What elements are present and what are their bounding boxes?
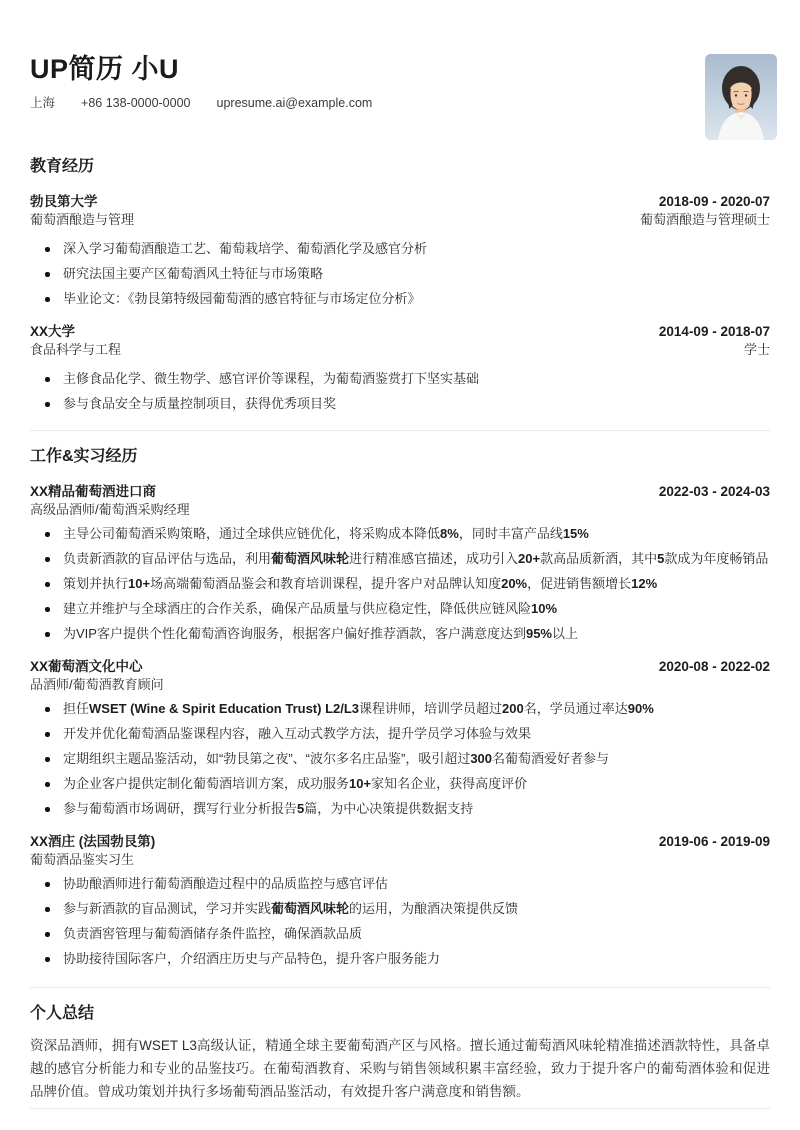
- entry-subtitle-row: 食品科学与工程 学士: [30, 342, 770, 358]
- bullet-item: 担任WSET (Wine & Spirit Education Trust) L…: [30, 701, 770, 717]
- bottom-divider: [30, 1108, 770, 1109]
- bullet-item: 为VIP客户提供个性化葡萄酒咨询服务，根据客户偏好推荐酒款，客户满意度达到95%…: [30, 626, 770, 642]
- portrait-illustration: [705, 54, 777, 140]
- bullet-item: 协助接待国际客户，介绍酒庄历史与产品特色，提升客户服务能力: [30, 951, 770, 967]
- candidate-name: UP简历 小U: [30, 52, 770, 86]
- entry-title: XX大学: [30, 324, 75, 340]
- resume-entry: 勃艮第大学 2018-09 - 2020-07 葡萄酒酿造与管理 葡萄酒酿造与管…: [30, 194, 770, 307]
- entry-subtitle-row: 葡萄酒品鉴实习生: [30, 852, 770, 868]
- section-summary: 个人总结 资深品酒师，拥有WSET L3高级认证，精通全球主要葡萄酒产区与风格。…: [30, 987, 770, 1109]
- contact-phone: +86 138-0000-0000: [81, 96, 190, 111]
- contact-location: 上海: [30, 96, 55, 111]
- entry-degree: 学士: [744, 342, 770, 358]
- entry-date: 2019-06 - 2019-09: [659, 834, 770, 850]
- entry-subtitle-row: 高级品酒师/葡萄酒采购经理: [30, 502, 770, 518]
- education-entries: 勃艮第大学 2018-09 - 2020-07 葡萄酒酿造与管理 葡萄酒酿造与管…: [30, 194, 770, 412]
- bullet-item: 深入学习葡萄酒酿造工艺、葡萄栽培学、葡萄酒化学及感官分析: [30, 241, 770, 257]
- entry-bullet-list: 主导公司葡萄酒采购策略，通过全球供应链优化，将采购成本降低8%，同时丰富产品线1…: [30, 526, 770, 642]
- entry-subtitle-row: 葡萄酒酿造与管理 葡萄酒酿造与管理硕士: [30, 212, 770, 228]
- resume-header: UP简历 小U 上海 +86 138-0000-0000 upresume.ai…: [30, 52, 770, 111]
- entry-date: 2020-08 - 2022-02: [659, 659, 770, 675]
- resume-entry: XX大学 2014-09 - 2018-07 食品科学与工程 学士 主修食品化学…: [30, 324, 770, 412]
- bullet-item: 参与新酒款的盲品测试，学习并实践葡萄酒风味轮的运用，为酿酒决策提供反馈: [30, 901, 770, 917]
- entry-bullet-list: 深入学习葡萄酒酿造工艺、葡萄栽培学、葡萄酒化学及感官分析研究法国主要产区葡萄酒风…: [30, 241, 770, 307]
- entry-date: 2014-09 - 2018-07: [659, 324, 770, 340]
- entry-subtitle-row: 品酒师/葡萄酒教育顾问: [30, 677, 770, 693]
- bullet-item: 负责新酒款的盲品评估与选品，利用葡萄酒风味轮进行精准感官描述，成功引入20+款高…: [30, 551, 770, 567]
- bullet-item: 为企业客户提供定制化葡萄酒培训方案，成功服务10+家知名企业，获得高度评价: [30, 776, 770, 792]
- bullet-item: 定期组织主题品鉴活动，如“勃艮第之夜”、“波尔多名庄品鉴”，吸引超过300名葡萄…: [30, 751, 770, 767]
- section-heading-education: 教育经历: [30, 157, 770, 177]
- entry-title-row: XX大学 2014-09 - 2018-07: [30, 324, 770, 340]
- entry-title: XX酒庄 (法国勃艮第): [30, 834, 155, 850]
- profile-photo: [705, 54, 777, 140]
- bullet-item: 毕业论文：《勃艮第特级园葡萄酒的感官特征与市场定位分析》: [30, 291, 770, 307]
- bullet-item: 参与葡萄酒市场调研，撰写行业分析报告5篇，为中心决策提供数据支持: [30, 801, 770, 817]
- entry-date: 2018-09 - 2020-07: [659, 194, 770, 210]
- bullet-item: 研究法国主要产区葡萄酒风土特征与市场策略: [30, 266, 770, 282]
- contact-email: upresume.ai@example.com: [217, 96, 373, 111]
- entry-degree: 葡萄酒酿造与管理硕士: [640, 212, 770, 228]
- contact-row: 上海 +86 138-0000-0000 upresume.ai@example…: [30, 96, 770, 111]
- entry-title: 勃艮第大学: [30, 194, 98, 210]
- bullet-item: 协助酿酒师进行葡萄酒酿造过程中的品质监控与感官评估: [30, 876, 770, 892]
- bullet-item: 策划并执行10+场高端葡萄酒品鉴会和教育培训课程，提升客户对品牌认知度20%，促…: [30, 576, 770, 592]
- entry-title-row: XX酒庄 (法国勃艮第) 2019-06 - 2019-09: [30, 834, 770, 850]
- section-heading-summary: 个人总结: [30, 1004, 770, 1024]
- entry-title: XX精品葡萄酒进口商: [30, 484, 156, 500]
- entry-title-row: XX精品葡萄酒进口商 2022-03 - 2024-03: [30, 484, 770, 500]
- entry-subtitle: 品酒师/葡萄酒教育顾问: [30, 677, 164, 693]
- entry-subtitle: 葡萄酒酿造与管理: [30, 212, 134, 228]
- entry-bullet-list: 担任WSET (Wine & Spirit Education Trust) L…: [30, 701, 770, 817]
- resume-entry: XX酒庄 (法国勃艮第) 2019-06 - 2019-09 葡萄酒品鉴实习生 …: [30, 834, 770, 967]
- bullet-item: 建立并维护与全球酒庄的合作关系，确保产品质量与供应稳定性，降低供应链风险10%: [30, 601, 770, 617]
- entry-bullet-list: 主修食品化学、微生物学、感官评价等课程，为葡萄酒鉴赏打下坚实基础参与食品安全与质…: [30, 371, 770, 412]
- bullet-item: 开发并优化葡萄酒品鉴课程内容，融入互动式教学方法，提升学员学习体验与效果: [30, 726, 770, 742]
- entry-bullet-list: 协助酿酒师进行葡萄酒酿造过程中的品质监控与感官评估参与新酒款的盲品测试，学习并实…: [30, 876, 770, 967]
- entry-subtitle: 高级品酒师/葡萄酒采购经理: [30, 502, 190, 518]
- resume-entry: XX葡萄酒文化中心 2020-08 - 2022-02 品酒师/葡萄酒教育顾问 …: [30, 659, 770, 817]
- summary-text: 资深品酒师，拥有WSET L3高级认证，精通全球主要葡萄酒产区与风格。擅长通过葡…: [30, 1034, 770, 1103]
- entry-subtitle: 食品科学与工程: [30, 342, 121, 358]
- bullet-item: 参与食品安全与质量控制项目，获得优秀项目奖: [30, 396, 770, 412]
- entry-title: XX葡萄酒文化中心: [30, 659, 143, 675]
- entry-date: 2022-03 - 2024-03: [659, 484, 770, 500]
- bullet-item: 主修食品化学、微生物学、感官评价等课程，为葡萄酒鉴赏打下坚实基础: [30, 371, 770, 387]
- bullet-item: 主导公司葡萄酒采购策略，通过全球供应链优化，将采购成本降低8%，同时丰富产品线1…: [30, 526, 770, 542]
- section-work: 工作&实习经历 XX精品葡萄酒进口商 2022-03 - 2024-03 高级品…: [30, 430, 770, 967]
- section-education: 教育经历 勃艮第大学 2018-09 - 2020-07 葡萄酒酿造与管理 葡萄…: [30, 157, 770, 412]
- resume-page: UP简历 小U 上海 +86 138-0000-0000 upresume.ai…: [0, 0, 800, 1130]
- entry-subtitle: 葡萄酒品鉴实习生: [30, 852, 134, 868]
- resume-entry: XX精品葡萄酒进口商 2022-03 - 2024-03 高级品酒师/葡萄酒采购…: [30, 484, 770, 642]
- bullet-item: 负责酒窖管理与葡萄酒储存条件监控，确保酒款品质: [30, 926, 770, 942]
- section-heading-work: 工作&实习经历: [30, 447, 770, 467]
- work-entries: XX精品葡萄酒进口商 2022-03 - 2024-03 高级品酒师/葡萄酒采购…: [30, 484, 770, 967]
- entry-title-row: 勃艮第大学 2018-09 - 2020-07: [30, 194, 770, 210]
- entry-title-row: XX葡萄酒文化中心 2020-08 - 2022-02: [30, 659, 770, 675]
